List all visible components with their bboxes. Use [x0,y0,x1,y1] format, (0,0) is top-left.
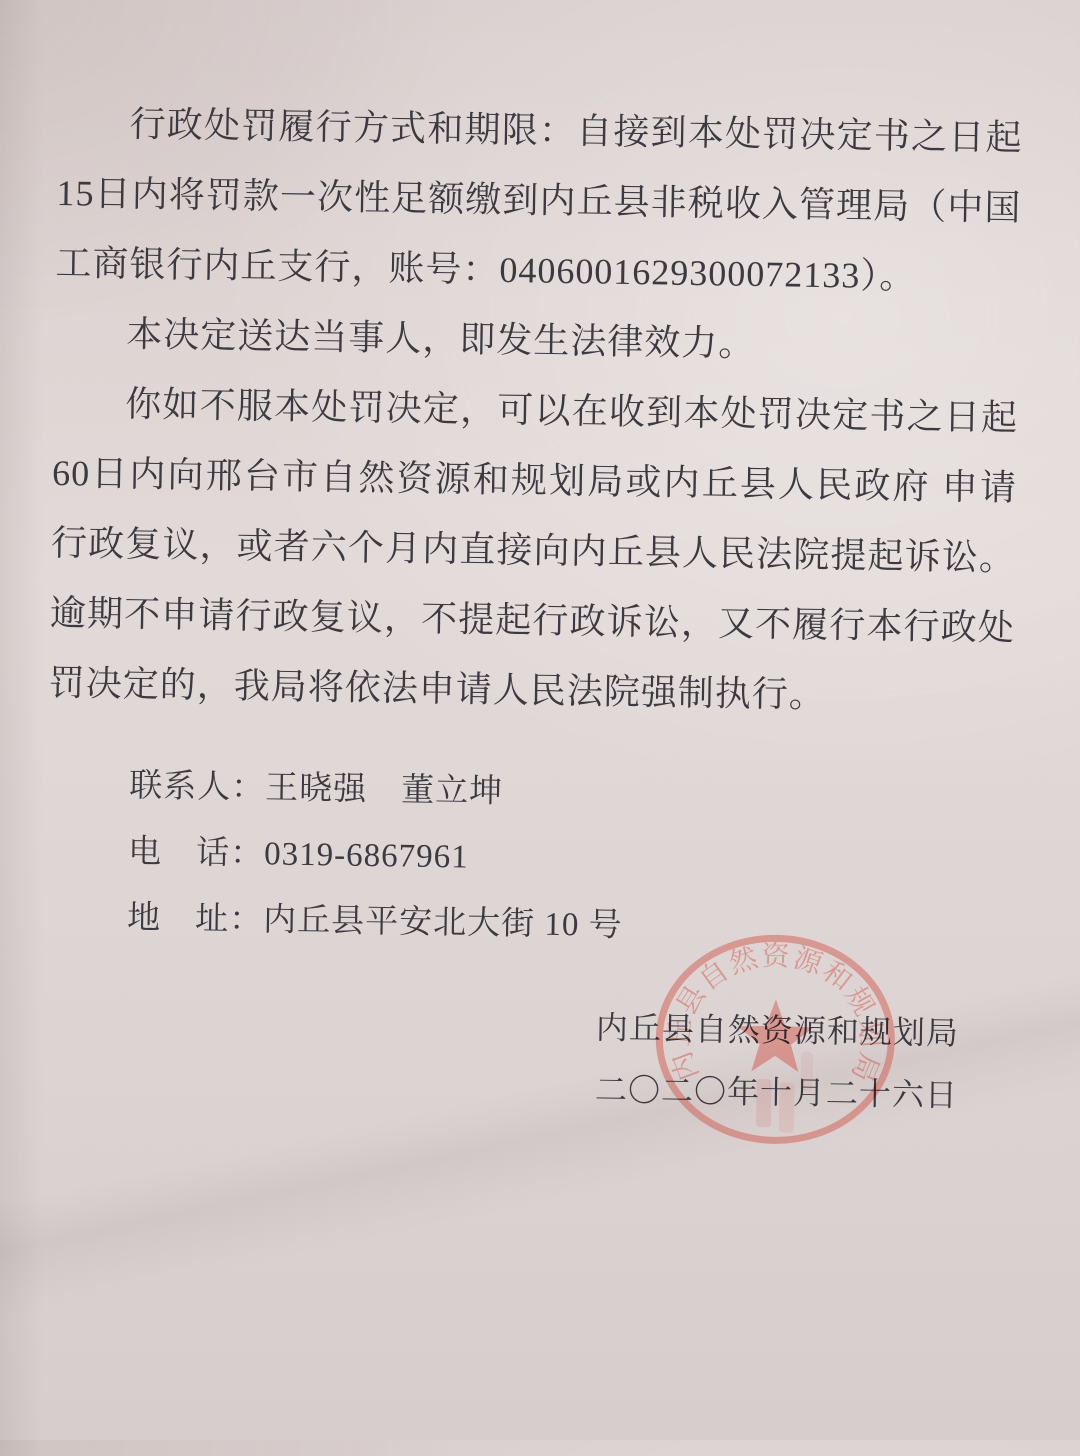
official-seal: 内丘县自然资源和规划局 [650,927,901,1151]
contact-address-row: 地 址：内丘县平安北大街 10 号 [127,885,623,959]
contact-phone-row: 电 话：0319-6867961 [128,819,624,893]
contact-person-label: 联系人： [129,768,266,806]
paragraph-appeal-rights: 你如不服本处罚决定，可以在收到本处罚决定书之日起60日内向邢台市自然资源和规划局… [48,368,1018,733]
seal-smudge-mark [756,1079,772,1127]
contact-address-label: 地 址： [127,900,264,938]
contact-person-row: 联系人：王晓强 董立坤 [129,753,625,827]
seal-smudge-mark [779,1082,795,1132]
seal-smudge-mark [801,1052,814,1092]
contact-phone-value: 0319-6867961 [264,836,469,875]
contact-phone-label: 电 话： [128,834,265,872]
contact-person-value: 王晓强 董立坤 [265,770,504,810]
contact-address-value: 内丘县平安北大街 10 号 [263,902,623,944]
contact-block: 联系人：王晓强 董立坤 电 话：0319-6867961 地 址：内丘县平安北大… [127,753,626,959]
body-text: 行政处罚履行方式和期限：自接到本处罚决定书之日起15日内将罚款一次性足额缴到内丘… [48,88,1023,733]
paragraph-penalty-payment: 行政处罚履行方式和期限：自接到本处罚决定书之日起15日内将罚款一次性足额缴到内丘… [55,88,1023,313]
document-page: 行政处罚履行方式和期限：自接到本处罚决定书之日起15日内将罚款一次性足额缴到内丘… [0,0,1080,1440]
